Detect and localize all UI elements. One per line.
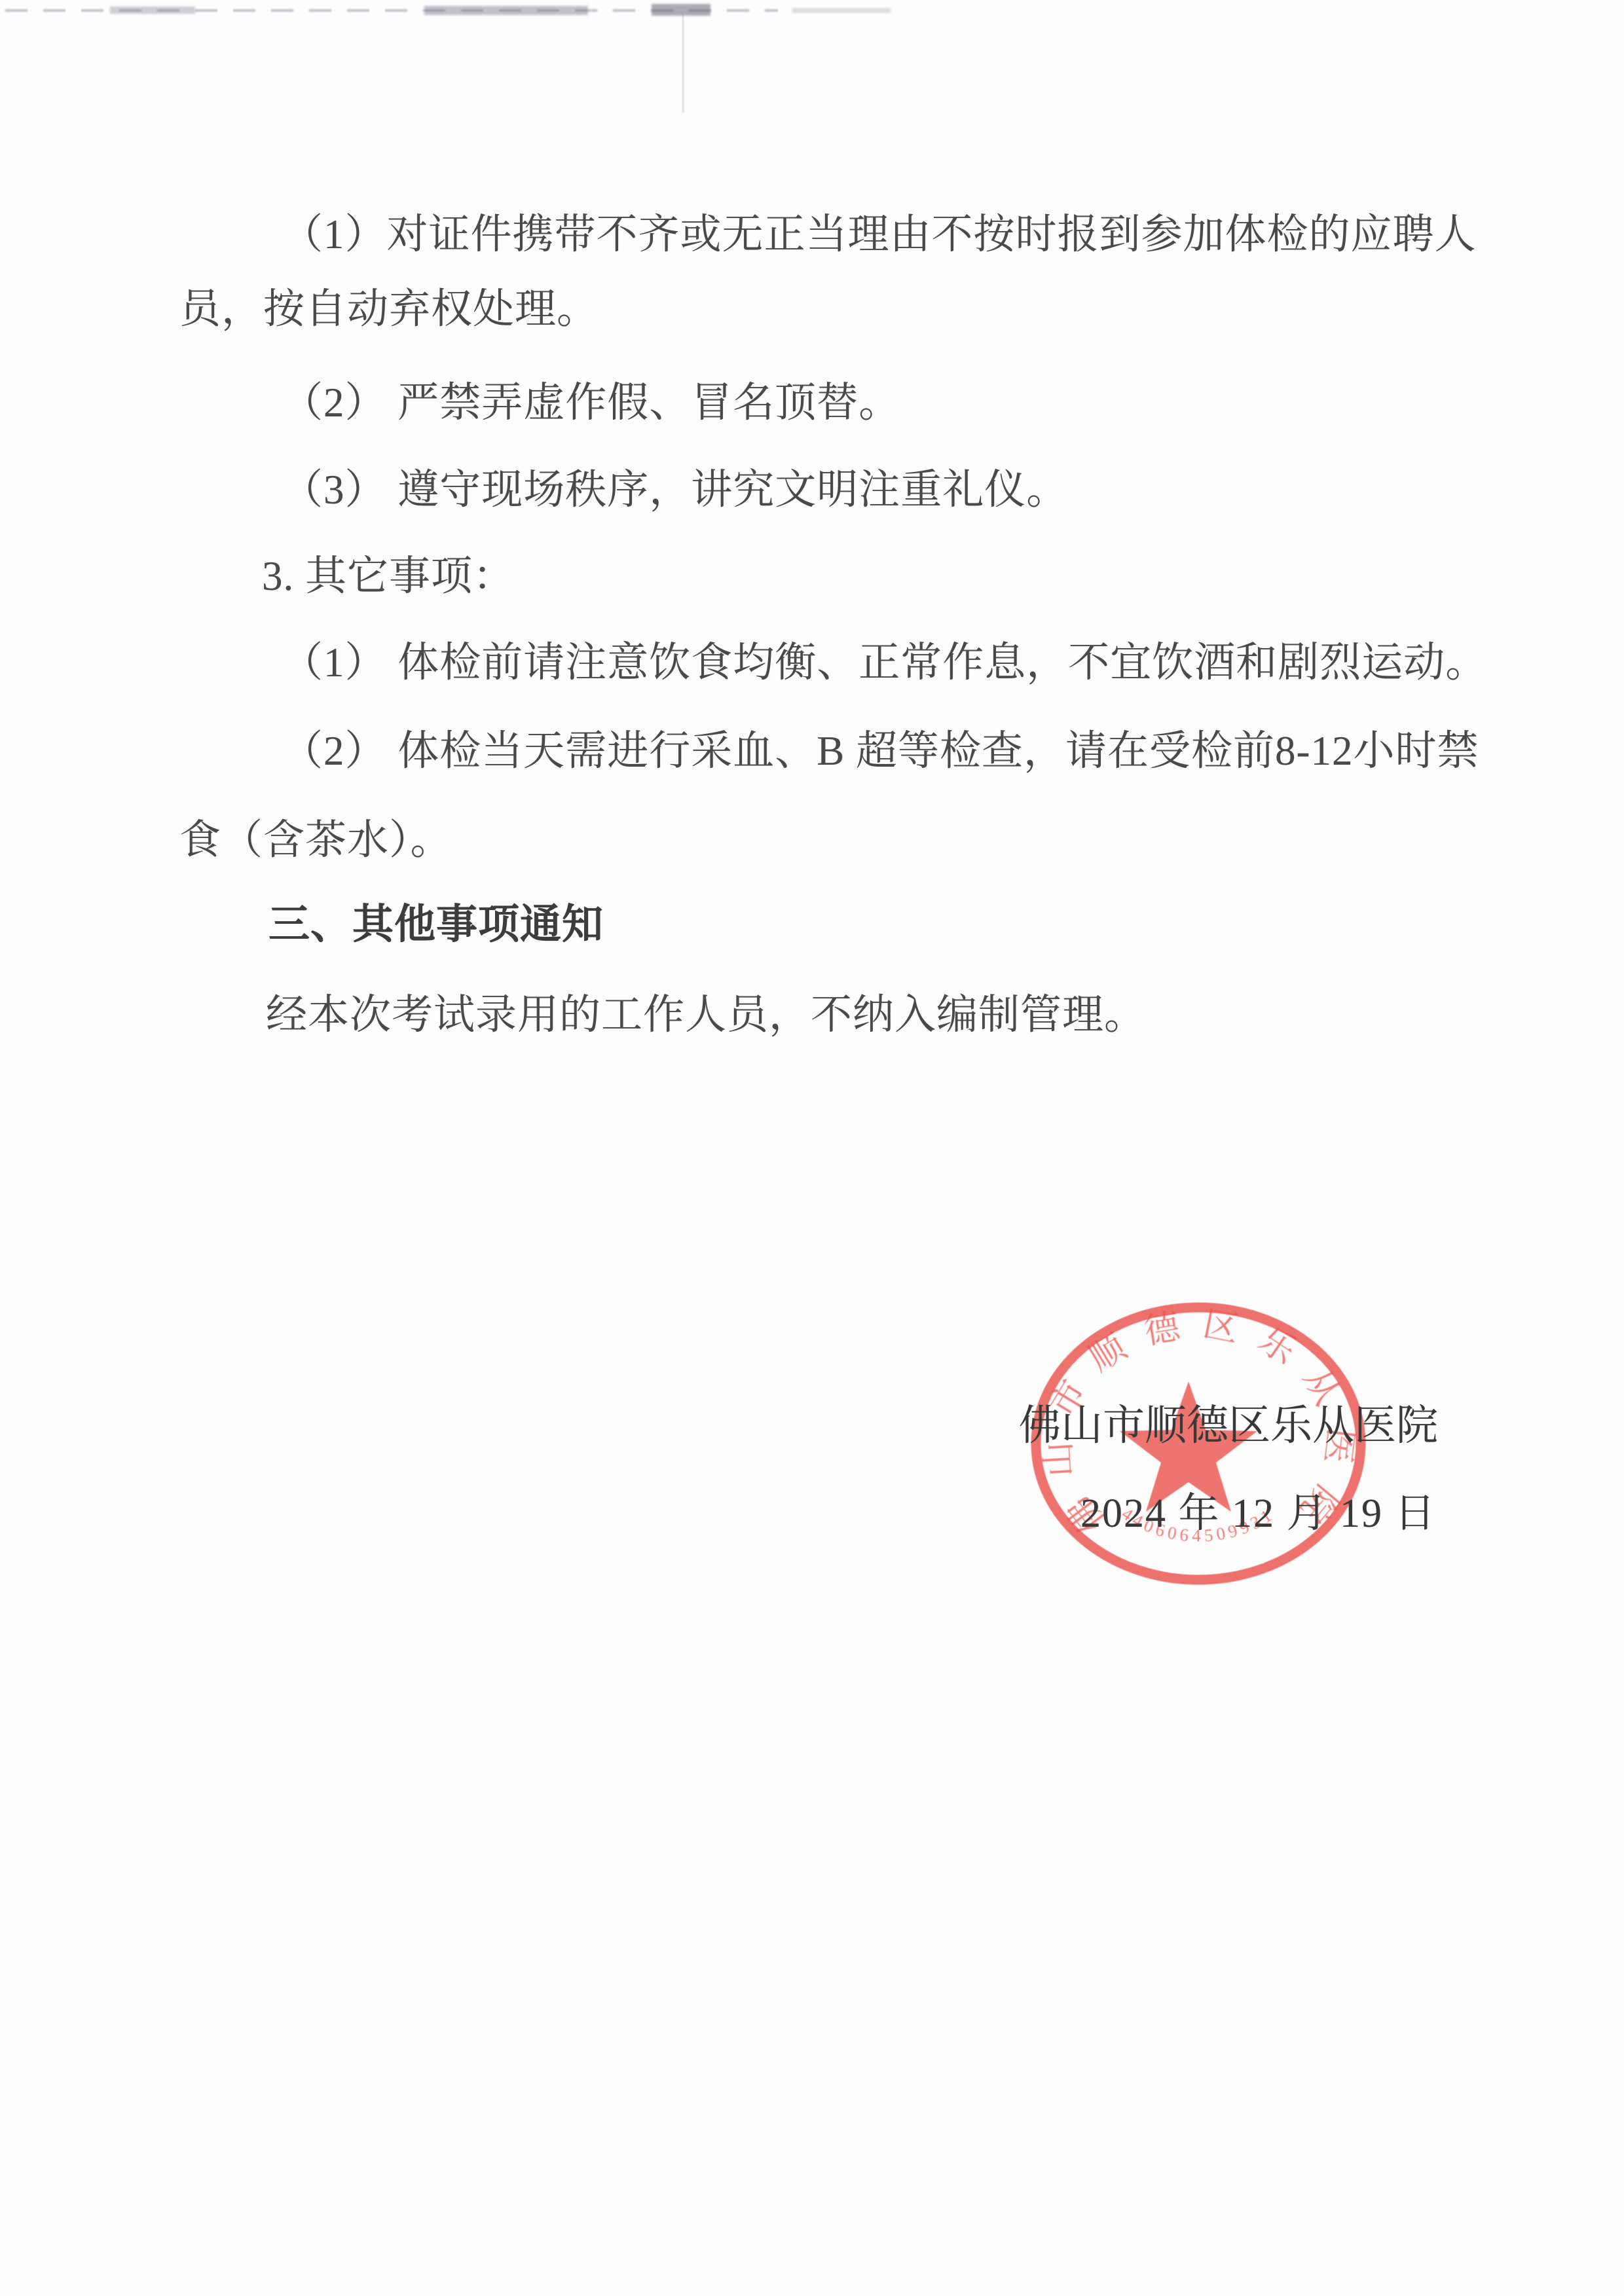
doc-line-5: 3. 其它事项： bbox=[262, 550, 515, 602]
doc-line-3: （2） 严禁弄虚作假、冒名顶替。 bbox=[282, 376, 900, 429]
scan-artifact bbox=[682, 14, 684, 113]
doc-line-10: 经本次考试录用的工作人员，不纳入编制管理。 bbox=[266, 989, 1146, 1041]
doc-line-2: 员，按自动弃权处理。 bbox=[179, 283, 599, 335]
scan-artifact-streak bbox=[5, 9, 778, 12]
doc-line-8: 食（含茶水）。 bbox=[179, 814, 452, 866]
doc-heading-other-notice: 三、其他事项通知 bbox=[268, 898, 604, 951]
signature-org: 佛山市顺德区乐从医院 bbox=[1019, 1402, 1438, 1449]
signature-date: 2024 年 12 月 19 日 bbox=[1080, 1491, 1437, 1536]
doc-line-4: （3） 遵守现场秩序，讲究文明注重礼仪。 bbox=[282, 464, 1068, 516]
scan-artifact bbox=[652, 4, 710, 16]
doc-line-1: （1）对证件携带不齐或无正当理由不按时报到参加体检的应聘人 bbox=[282, 208, 1477, 261]
scan-artifact bbox=[792, 8, 891, 13]
scan-artifact bbox=[110, 7, 195, 14]
doc-line-7: （2） 体检当天需进行采血、B 超等检查，请在受检前8-12小时禁 bbox=[282, 725, 1479, 777]
doc-line-6: （1） 体检前请注意饮食均衡、正常作息，不宜饮酒和剧烈运动。 bbox=[282, 636, 1487, 689]
scan-artifact bbox=[424, 6, 588, 15]
document-page: （1）对证件携带不齐或无正当理由不按时报到参加体检的应聘人 员，按自动弃权处理。… bbox=[0, 0, 1624, 2296]
